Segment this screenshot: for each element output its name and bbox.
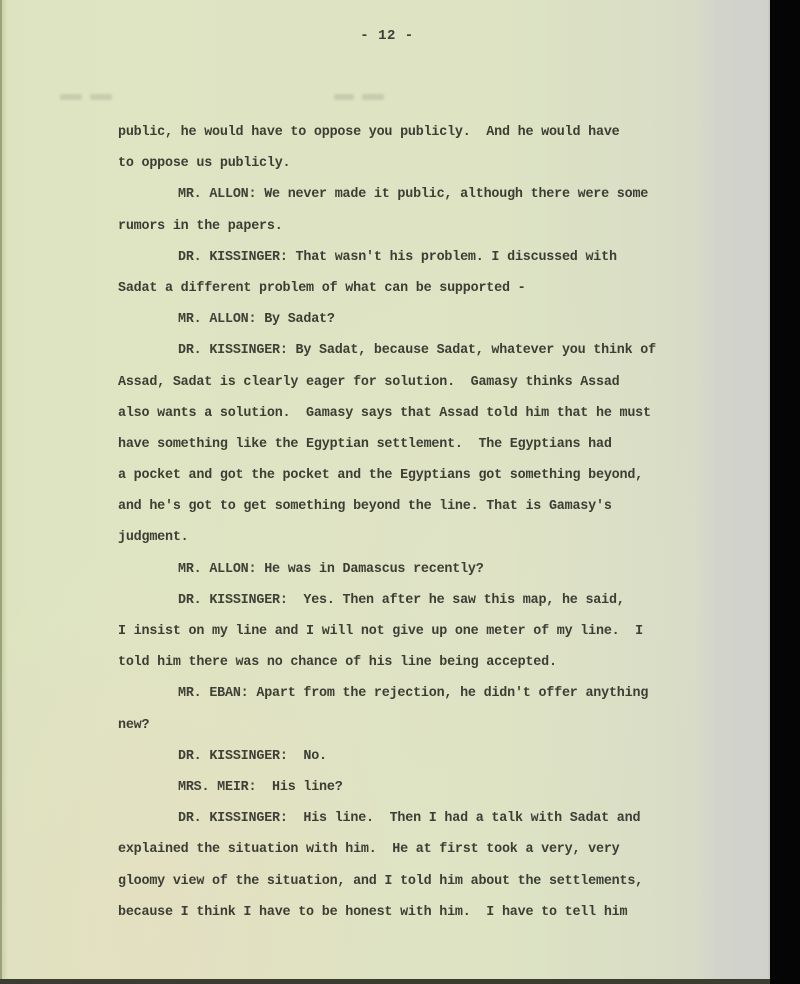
- speaker-line: MR. ALLON: He was in Damascus recently?: [118, 554, 728, 585]
- line-text: Yes. Then after he saw this map, he said…: [288, 593, 625, 608]
- line-text: to oppose us publicly.: [118, 156, 290, 171]
- text-line: have something like the Egyptian settlem…: [118, 429, 728, 460]
- transcript-body: public, he would have to oppose you publ…: [118, 117, 728, 928]
- text-line: Assad, Sadat is clearly eager for soluti…: [118, 367, 728, 398]
- text-line: to oppose us publicly.: [118, 148, 728, 179]
- speaker-line: DR. KISSINGER: No.: [118, 741, 728, 772]
- bleed-through-mark: [334, 94, 354, 100]
- speaker-label: DR. KISSINGER:: [178, 250, 288, 265]
- speaker-label: MR. ALLON:: [178, 562, 256, 577]
- speaker-line: MR. EBAN: Apart from the rejection, he d…: [118, 678, 728, 709]
- line-text: Assad, Sadat is clearly eager for soluti…: [118, 375, 619, 390]
- speaker-label: MR. EBAN:: [178, 686, 249, 701]
- line-text: explained the situation with him. He at …: [118, 842, 619, 857]
- line-text: I insist on my line and I will not give …: [118, 624, 643, 639]
- line-text: have something like the Egyptian settlem…: [118, 437, 612, 452]
- line-text: a pocket and got the pocket and the Egyp…: [118, 468, 643, 483]
- text-line: new?: [118, 710, 728, 741]
- speaker-label: DR. KISSINGER:: [178, 593, 288, 608]
- speaker-line: DR. KISSINGER: Yes. Then after he saw th…: [118, 585, 728, 616]
- text-line: told him there was no chance of his line…: [118, 647, 728, 678]
- speaker-line: MRS. MEIR: His line?: [118, 772, 728, 803]
- bleed-through-mark: [362, 94, 384, 100]
- speaker-line: DR. KISSINGER: That wasn't his problem. …: [118, 242, 728, 273]
- line-text: judgment.: [118, 530, 189, 545]
- text-line: also wants a solution. Gamasy says that …: [118, 398, 728, 429]
- line-text: His line. Then I had a talk with Sadat a…: [288, 811, 641, 826]
- line-text: His line?: [256, 780, 342, 795]
- speaker-label: MR. ALLON:: [178, 187, 256, 202]
- line-text: By Sadat, because Sadat, whatever you th…: [288, 343, 656, 358]
- text-line: a pocket and got the pocket and the Egyp…: [118, 460, 728, 491]
- text-line: rumors in the papers.: [118, 211, 728, 242]
- page-bottom-edge: [0, 979, 770, 984]
- line-text: That wasn't his problem. I discussed wit…: [288, 250, 617, 265]
- line-text: We never made it public, although there …: [256, 187, 648, 202]
- speaker-label: MRS. MEIR:: [178, 780, 256, 795]
- scanned-page: - 12 - public, he would have to oppose y…: [0, 0, 800, 984]
- text-line: because I think I have to be honest with…: [118, 897, 728, 928]
- line-text: because I think I have to be honest with…: [118, 905, 627, 920]
- speaker-label: DR. KISSINGER:: [178, 811, 288, 826]
- speaker-label: DR. KISSINGER:: [178, 749, 288, 764]
- line-text: No.: [288, 749, 327, 764]
- bleed-through-mark: [60, 94, 82, 100]
- speaker-line: MR. ALLON: By Sadat?: [118, 304, 728, 335]
- line-text: rumors in the papers.: [118, 219, 283, 234]
- bleed-through-mark: [90, 94, 112, 100]
- line-text: Sadat a different problem of what can be…: [118, 281, 525, 296]
- speaker-line: DR. KISSINGER: By Sadat, because Sadat, …: [118, 335, 728, 366]
- speaker-label: DR. KISSINGER:: [178, 343, 288, 358]
- line-text: told him there was no chance of his line…: [118, 655, 557, 670]
- text-line: public, he would have to oppose you publ…: [118, 117, 728, 148]
- line-text: public, he would have to oppose you publ…: [118, 125, 619, 140]
- line-text: and he's got to get something beyond the…: [118, 499, 612, 514]
- speaker-line: MR. ALLON: We never made it public, alth…: [118, 179, 728, 210]
- text-line: and he's got to get something beyond the…: [118, 491, 728, 522]
- text-line: judgment.: [118, 522, 728, 553]
- speaker-label: MR. ALLON:: [178, 312, 256, 327]
- speaker-line: DR. KISSINGER: His line. Then I had a ta…: [118, 803, 728, 834]
- text-line: explained the situation with him. He at …: [118, 834, 728, 865]
- text-line: Sadat a different problem of what can be…: [118, 273, 728, 304]
- text-line: I insist on my line and I will not give …: [118, 616, 728, 647]
- line-text: Apart from the rejection, he didn't offe…: [249, 686, 649, 701]
- text-line: gloomy view of the situation, and I told…: [118, 866, 728, 897]
- line-text: By Sadat?: [256, 312, 334, 327]
- page-number: - 12 -: [2, 28, 772, 44]
- line-text: He was in Damascus recently?: [256, 562, 483, 577]
- line-text: new?: [118, 718, 149, 733]
- line-text: gloomy view of the situation, and I told…: [118, 874, 643, 889]
- paper-sheet: - 12 - public, he would have to oppose y…: [0, 0, 770, 980]
- line-text: also wants a solution. Gamasy says that …: [118, 406, 651, 421]
